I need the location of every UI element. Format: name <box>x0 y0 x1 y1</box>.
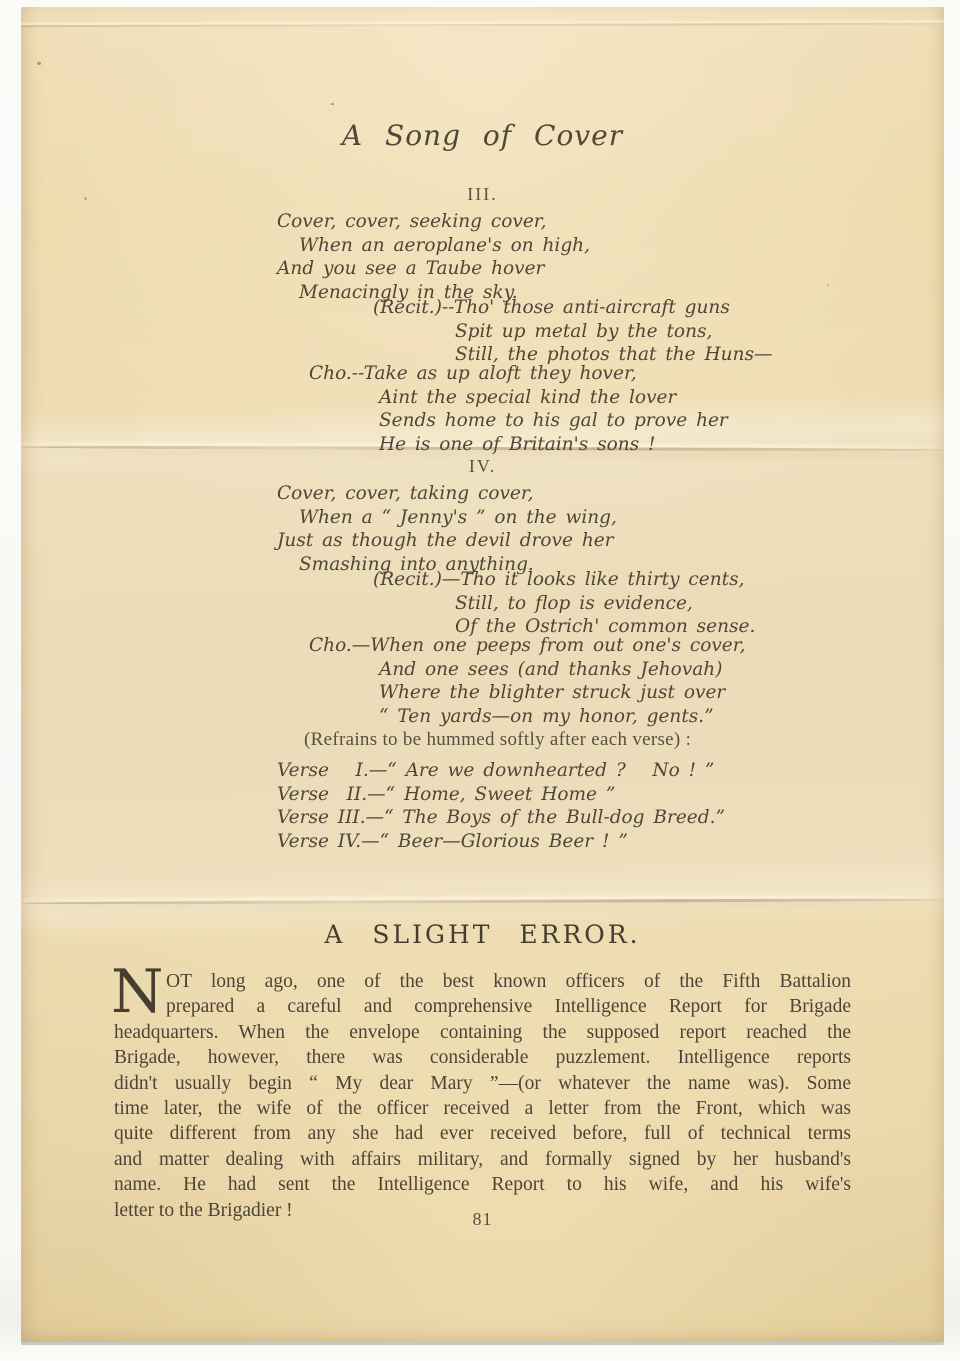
verse-line: Cover, cover, taking cover, <box>277 482 617 506</box>
story-heading: A SLIGHT ERROR. <box>21 920 944 949</box>
chorus-label: Cho.-- <box>309 363 364 384</box>
story-line: Brigade, however, there was considerable… <box>114 1045 851 1070</box>
chorus-line: “ Ten yards—on my honor, gents.” <box>309 705 745 729</box>
refrain-line: Verse IV.—“ Beer—Glorious Beer ! ” <box>277 830 725 854</box>
story-line: headquarters. When the envelope containi… <box>114 1020 851 1045</box>
song-title: A Song of Cover <box>21 119 944 152</box>
recit-line: (Recit.)--Tho' those anti-aircraft guns <box>373 296 772 320</box>
story-line: and matter dealing with affairs military… <box>114 1147 851 1172</box>
recit-label: (Recit.)-- <box>373 297 454 318</box>
recit-line: Still, to flop is evidence, <box>373 592 755 616</box>
fold-crease-lower <box>21 898 944 905</box>
refrain-line: Verse II.—“ Home, Sweet Home ” <box>277 783 725 807</box>
recit-label: (Recit.)— <box>373 569 460 590</box>
story-paragraph: N OT long ago, one of the best known off… <box>114 969 851 1223</box>
chorus-line: He is one of Britain's sons ! <box>309 433 728 457</box>
chorus-block: Cho.—When one peeps from out one's cover… <box>309 634 745 729</box>
story-line: name. He had sent the Intelligence Repor… <box>114 1172 851 1197</box>
page-number: 81 <box>21 1209 944 1230</box>
story-line: quite different from any she had ever re… <box>114 1121 851 1146</box>
refrain-note: (Refrains to be hummed softly after each… <box>304 729 691 751</box>
section-number: III. <box>21 184 944 205</box>
paper-speck <box>37 62 41 65</box>
verse-line: When an aeroplane's on high, <box>277 234 590 258</box>
verse-line: And you see a Taube hover <box>277 257 590 281</box>
verse-line: Cover, cover, seeking cover, <box>277 210 590 234</box>
chorus-line: Aint the special kind the lover <box>309 386 728 410</box>
chorus-line: Cho.--Take as up aloft they hover, <box>309 362 728 386</box>
story-line: time later, the wife of the officer rece… <box>114 1096 851 1121</box>
refrain-list: Verse I.—“ Are we downhearted ? No ! ”Ve… <box>277 759 725 854</box>
chorus-line: Sends home to his gal to prove her <box>309 409 728 433</box>
recit-line: Spit up metal by the tons, <box>373 320 772 344</box>
refrain-line: Verse III.—“ The Boys of the Bull-dog Br… <box>277 806 725 830</box>
verse-block: Cover, cover, seeking cover,When an aero… <box>277 210 590 305</box>
paper-speck <box>331 103 334 105</box>
chorus-line: And one sees (and thanks Jehovah) <box>309 658 745 682</box>
chorus-line: Where the blighter struck just over <box>309 681 745 705</box>
chorus-label: Cho.— <box>309 635 370 656</box>
verse-line: When a “ Jenny's ” on the wing, <box>277 506 617 530</box>
recit-block: (Recit.)—Tho it looks like thirty cents,… <box>373 568 755 639</box>
drop-cap: N <box>111 966 164 1018</box>
story-line: OT long ago, one of the best known offic… <box>114 969 851 994</box>
story-line: didn't usually begin “ My dear Mary ”—(o… <box>114 1071 851 1096</box>
paper-top-crease <box>21 23 944 27</box>
scanned-page: A Song of Cover III.Cover, cover, seekin… <box>21 7 944 1342</box>
recit-line: (Recit.)—Tho it looks like thirty cents, <box>373 568 755 592</box>
story-line: prepared a careful and comprehensive Int… <box>114 994 851 1019</box>
verse-line: Just as though the devil drove her <box>277 529 617 553</box>
verse-block: Cover, cover, taking cover,When a “ Jenn… <box>277 482 617 577</box>
section-number: IV. <box>21 456 944 477</box>
paper-speck <box>827 284 829 286</box>
refrain-line: Verse I.—“ Are we downhearted ? No ! ” <box>277 759 725 783</box>
recit-block: (Recit.)--Tho' those anti-aircraft gunsS… <box>373 296 772 367</box>
chorus-block: Cho.--Take as up aloft they hover,Aint t… <box>309 362 728 457</box>
chorus-line: Cho.—When one peeps from out one's cover… <box>309 634 745 658</box>
